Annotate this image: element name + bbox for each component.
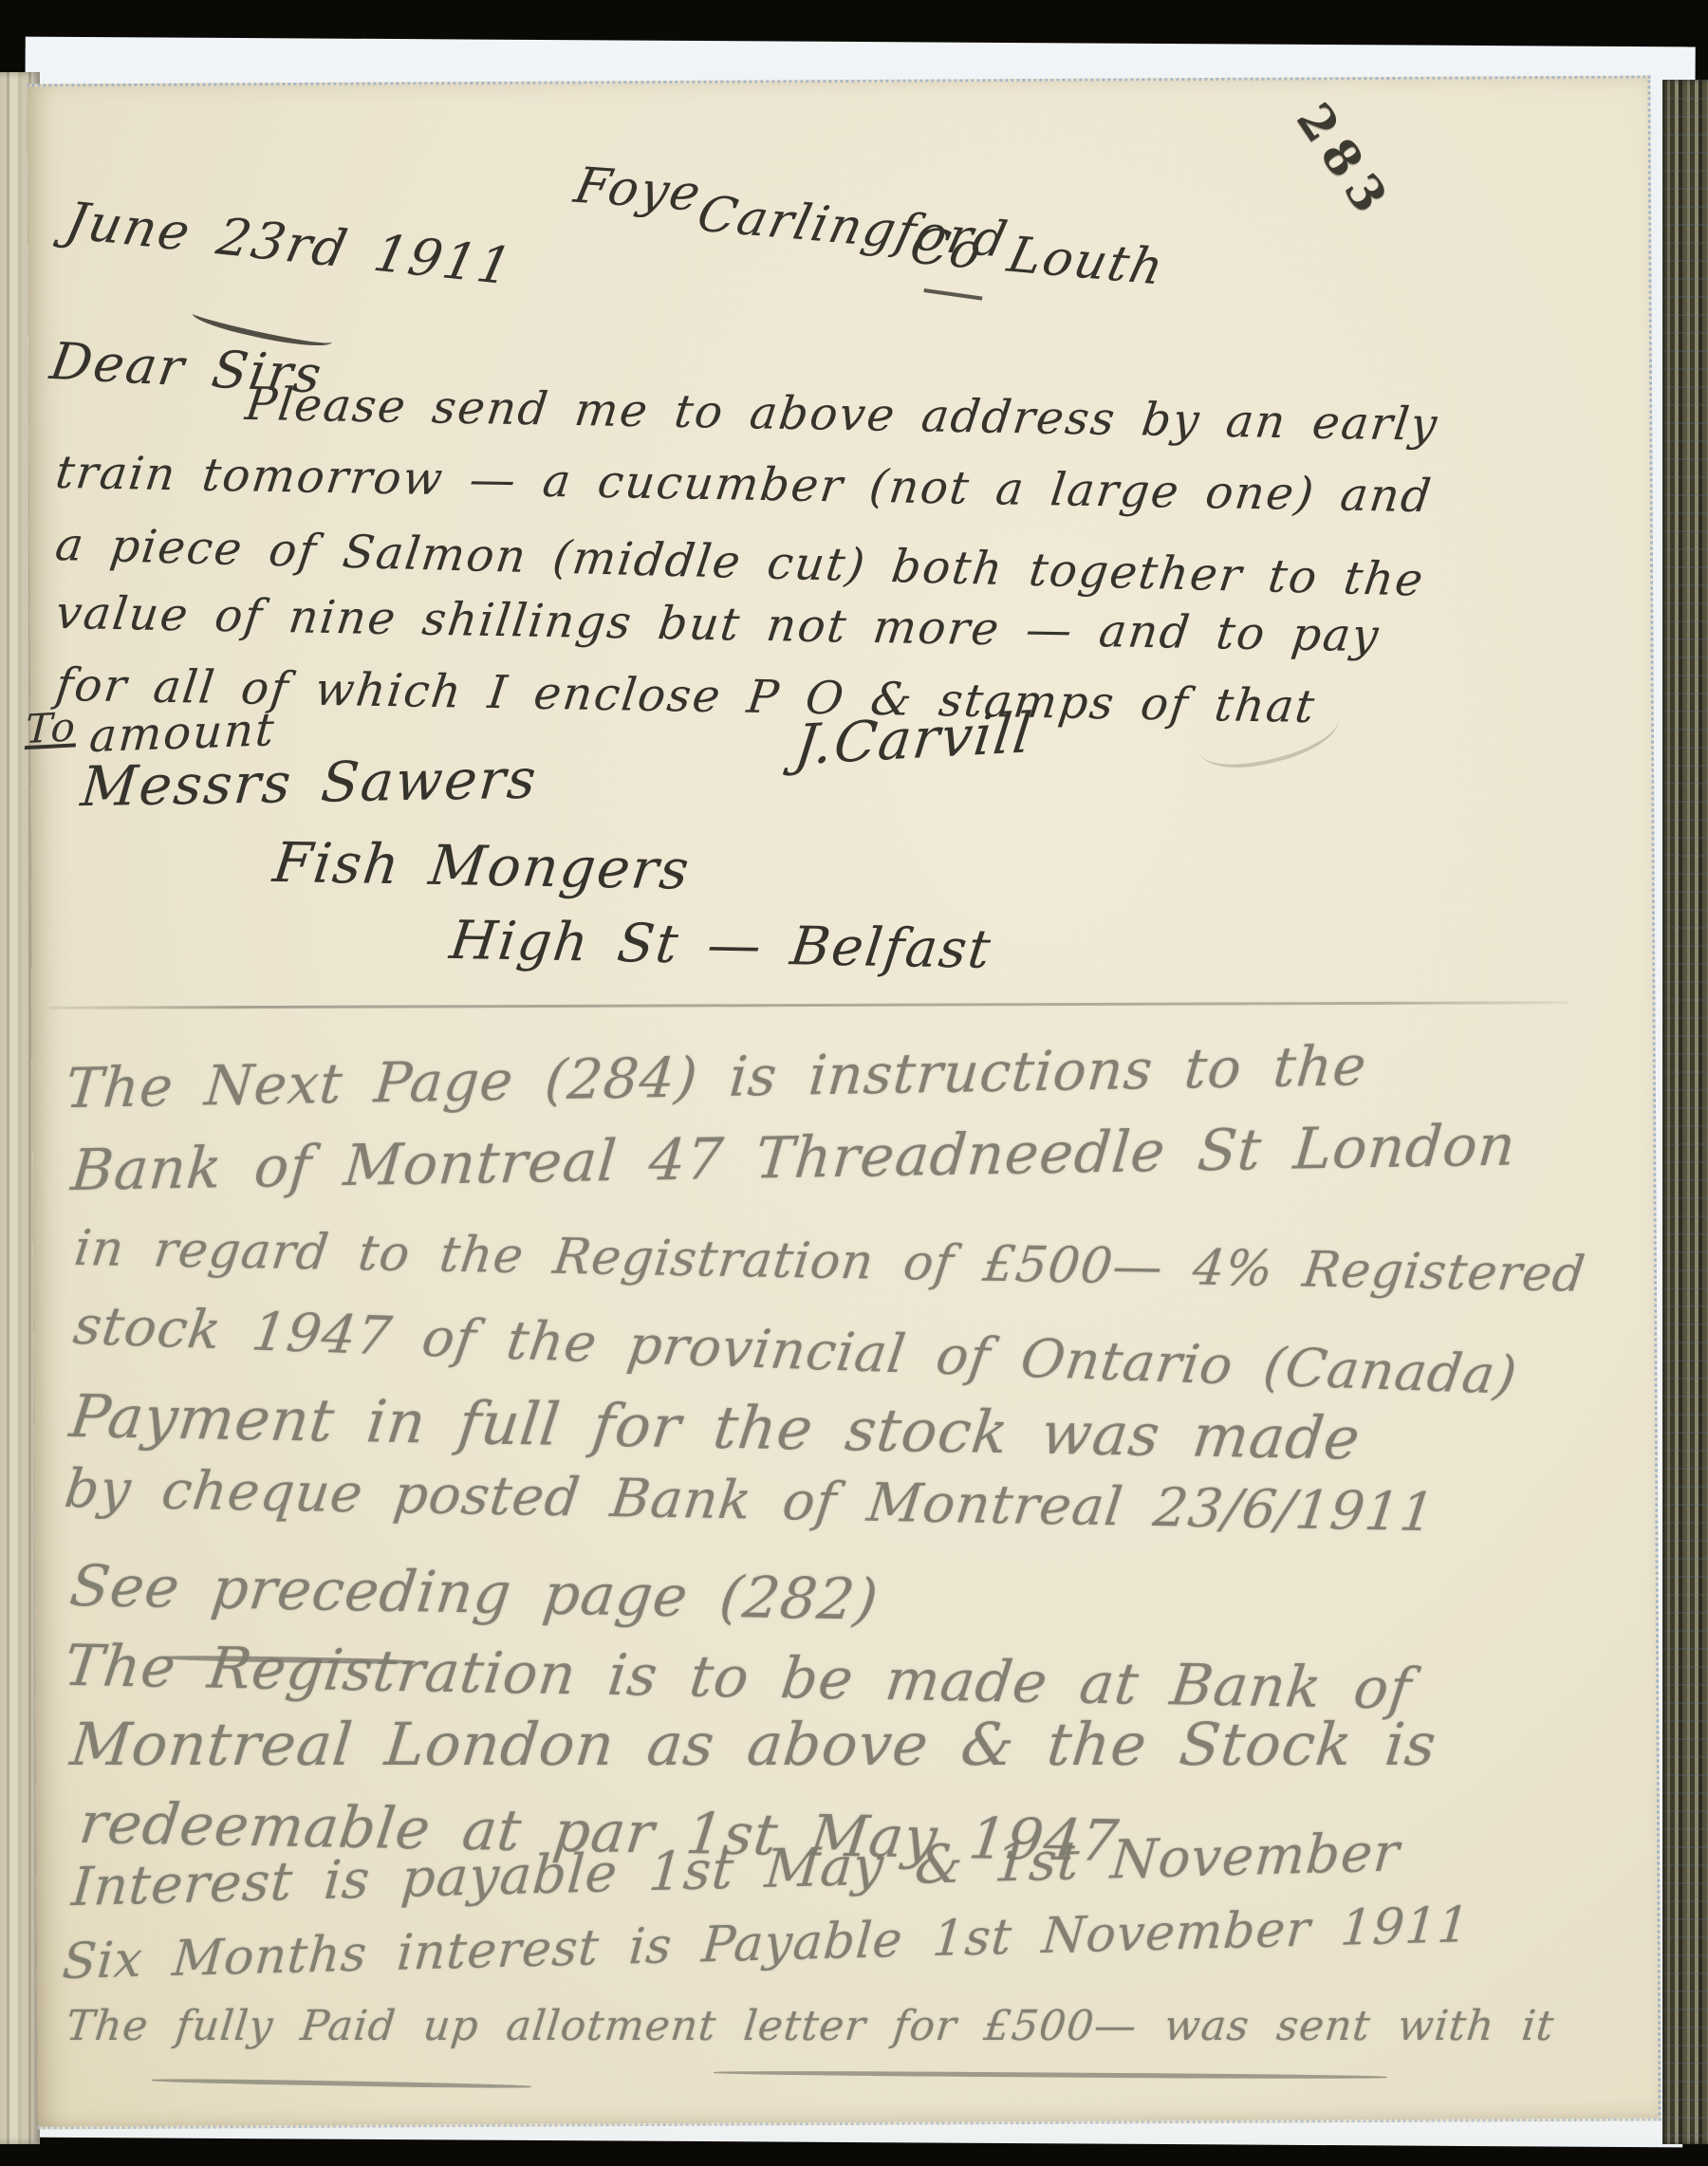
- letter-place-house: Foye: [570, 161, 706, 219]
- addressee-name: Messrs Sawers: [79, 751, 540, 814]
- signature: J.Carvill: [792, 705, 1036, 773]
- note-line-13: The fully Paid up allotment letter for £…: [64, 2006, 1556, 2047]
- note-line-7: See preceding page (282): [67, 1558, 882, 1629]
- note-line-9: Montreal London as above & the Stock is: [67, 1715, 1439, 1774]
- addressee-trade: Fish Mongers: [270, 835, 694, 898]
- margin-mark: To: [25, 707, 78, 750]
- scanned-letter-page: 283 June 23rd 1911 Foye Carlingford Co L…: [0, 0, 1708, 2166]
- addressee-street-city: High St — Belfast: [447, 915, 994, 977]
- book-page-stack-edge: [1662, 80, 1708, 2144]
